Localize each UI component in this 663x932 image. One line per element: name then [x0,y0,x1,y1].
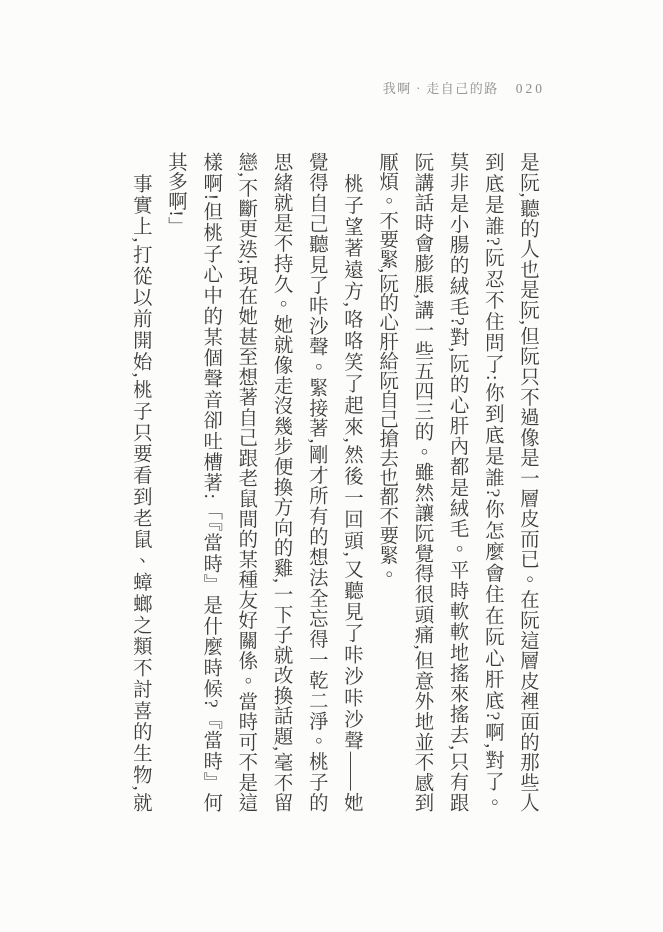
running-header-book-title: 我啊‧走自己的路 [383,78,499,97]
running-header: 我啊‧走自己的路 020 [383,78,545,97]
text-line: 樣啊!但桃子心中的某個聲音卻吐槽著:「『當時』是什麼時候?『當時』何 [193,152,228,812]
text-line: 厭煩。不要緊,阮的心肝給阮自己搶去也都不要緊。 [369,152,404,812]
text-line: 思緒就是不持久。她就像走沒幾步便換方向的雞,一下子就改換話題,毫不留 [263,152,298,812]
text-line: 桃子望著遠方,咯咯笑了起來,然後一回頭,又聽見了咔沙咔沙聲——她 [334,152,369,812]
text-line: 覺得自己聽見了咔沙聲。緊接著,剛才所有的想法全忘得一乾二淨。桃子的 [299,152,334,812]
book-page: 我啊‧走自己的路 020 是阮,聽的人也是阮,但阮只不過像是一層皮而已。在阮這層… [0,0,663,932]
text-line: 事實上,打從以前開始,桃子只要看到老鼠、蟑螂之類不討喜的生物,就 [123,152,158,812]
text-line: 戀,不斷更迭;現在她甚至想著自己跟老鼠間的某種友好關係。當時可不是這 [228,152,263,812]
text-line: 到底是誰?阮忍不住問了:你到底是誰?你怎麼會住在阮心肝底?啊,對了。 [475,152,510,812]
text-line: 莫非是小腸的絨毛?對,阮的心肝內都是絨毛。平時軟軟地搖來搖去,只有跟 [439,152,474,812]
text-line: 是阮,聽的人也是阮,但阮只不過像是一層皮而已。在阮這層皮裡面的那些人 [510,152,545,812]
running-header-page-number: 020 [516,81,545,97]
text-line: 其多啊!」 [158,152,193,812]
text-line: 阮講話時會膨脹,講一些五四三的。雖然讓阮覺得很頭痛,但意外地並不感到 [404,152,439,812]
text-block: 是阮,聽的人也是阮,但阮只不過像是一層皮而已。在阮這層皮裡面的那些人到底是誰?阮… [124,152,545,812]
